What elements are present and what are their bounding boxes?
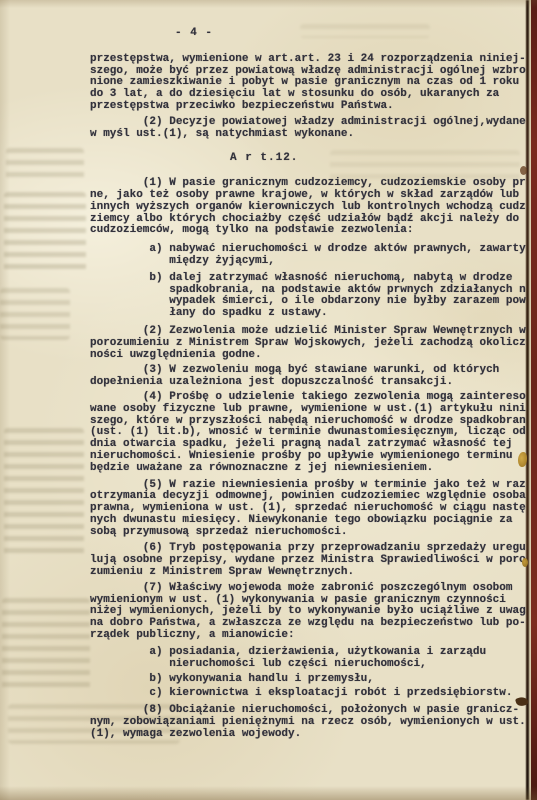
paragraph-ust-8: (8) Obciążanie nieruchomości, położonych… <box>90 705 526 740</box>
article-heading: A r t.12. <box>230 153 526 165</box>
paragraph-ust-1: (1) W pasie granicznym cudzoziemcy, cudz… <box>90 178 526 237</box>
page-edge-shadow-line <box>526 0 529 800</box>
scanned-document-page: - 4 - przestępstwa, wymienione w art.art… <box>0 0 537 800</box>
paragraph-ust-6: (6) Tryb postępowania przy przeprowadzan… <box>90 543 526 578</box>
page-bottom-shadow <box>0 786 537 800</box>
paragraph-ust-5: (5) W razie niewniesienia prośby w termi… <box>90 480 526 539</box>
page-number: - 4 - <box>175 28 526 40</box>
list-item-a-possession: a) posiadania, dzierżawienia, użytkowani… <box>90 647 526 671</box>
page-top-shadow <box>0 0 537 8</box>
paragraph-continuation: przestępstwa, wymienione w art.art. 23 i… <box>90 54 526 113</box>
paragraph-ust-4: (4) Prośbę o udzielenie takiego zezwolen… <box>90 392 526 475</box>
paragraph-ust-7: (7) Właściwy wojewoda może zabronić posz… <box>90 583 526 642</box>
list-item-b-retain: b) dalej zatrzymać własność nieruchomą, … <box>90 273 526 320</box>
paper-damage-mark <box>522 558 528 567</box>
list-item-c-management: c) kierownictwa i eksploatacji robót i p… <box>90 688 526 700</box>
list-item-a-acquire: a) nabywać nieruchomości w drodze aktów … <box>90 244 526 268</box>
list-item-b-trade: b) wykonywania handlu i przemysłu, <box>90 674 526 686</box>
paragraph-ust-2: (2) Zezwolenia może udzielić Minister Sp… <box>90 326 526 361</box>
book-binding-edge <box>531 0 537 800</box>
paper-damage-mark <box>520 166 527 175</box>
paragraph-ust-2-art11: (2) Decyzje powiatowej władzy administra… <box>90 117 526 141</box>
paragraph-ust-3: (3) W zezwoleniu mogą być stawiane warun… <box>90 365 526 389</box>
page-left-shadow <box>0 0 10 800</box>
page-text-column: - 4 - przestępstwa, wymienione w art.art… <box>0 0 526 800</box>
